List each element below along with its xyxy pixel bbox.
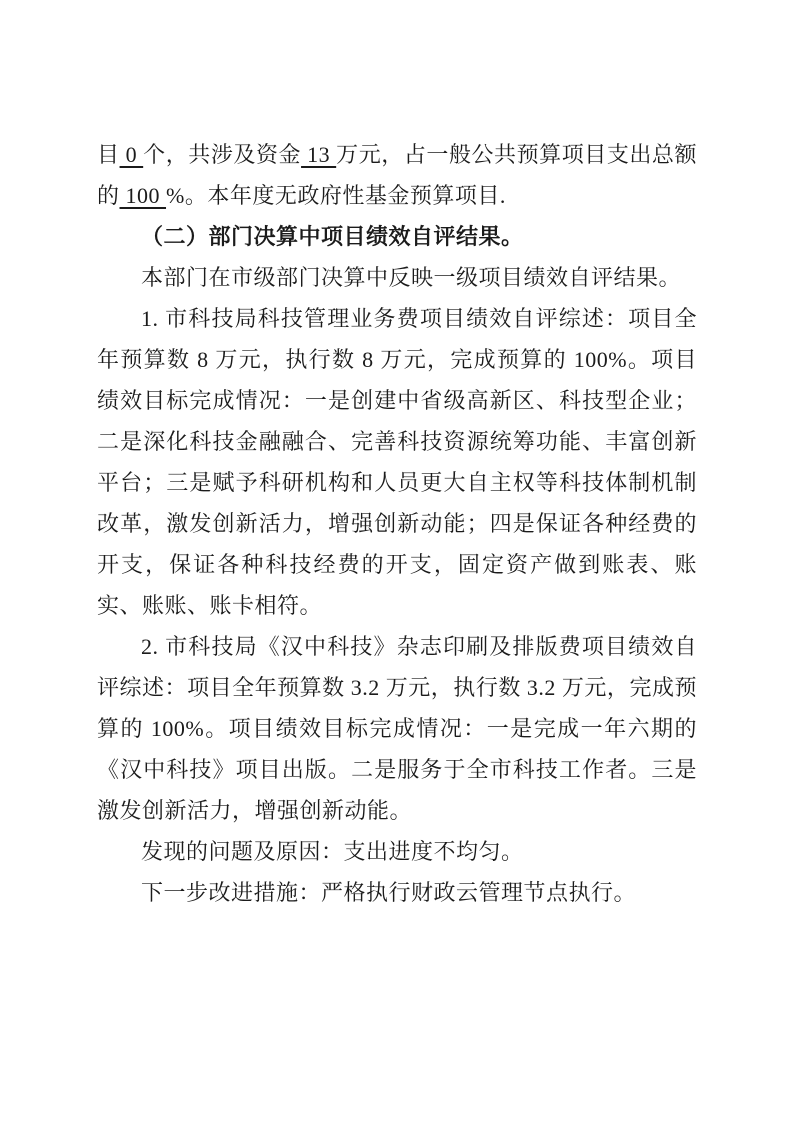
paragraph-overview: 本部门在市级部门决算中反映一级项目绩效自评结果。	[97, 257, 697, 298]
paragraph-improvement-measures: 下一步改进措施：严格执行财政云管理节点执行。	[97, 872, 697, 913]
underlined-value-project-count: 0	[120, 142, 144, 167]
text-run: %。本年度无政府性基金预算项目.	[166, 183, 506, 208]
section-heading: （二）部门决算中项目绩效自评结果。	[97, 216, 697, 257]
text-run: 个，共涉及资金	[143, 142, 301, 167]
text-run: 目	[97, 142, 120, 167]
underlined-value-fund-amount: 13	[301, 142, 336, 167]
paragraph-problems-and-causes: 发现的问题及原因：支出进度不均匀。	[97, 831, 697, 872]
paragraph-project-1-summary: 1. 市科技局科技管理业务费项目绩效自评综述：项目全年预算数 8 万元，执行数 …	[97, 298, 697, 626]
underlined-value-percentage: 100	[120, 183, 167, 208]
document-body: 目 0 个，共涉及资金 13 万元，占一般公共预算项目支出总额的 100 %。本…	[97, 134, 697, 913]
paragraph-continuation: 目 0 个，共涉及资金 13 万元，占一般公共预算项目支出总额的 100 %。本…	[97, 134, 697, 216]
paragraph-project-2-summary: 2. 市科技局《汉中科技》杂志印刷及排版费项目绩效自评综述：项目全年预算数 3.…	[97, 626, 697, 831]
document-page: 目 0 个，共涉及资金 13 万元，占一般公共预算项目支出总额的 100 %。本…	[0, 0, 793, 1122]
